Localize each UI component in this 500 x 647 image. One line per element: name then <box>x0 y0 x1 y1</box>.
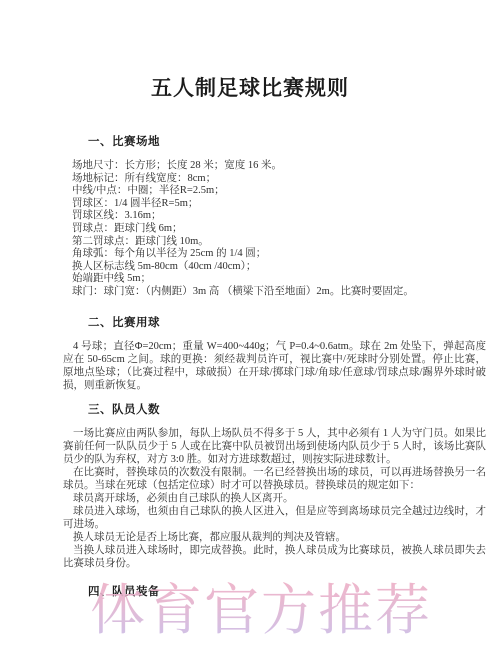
section-heading-ball: 二、比赛用球 <box>88 316 486 330</box>
field-spec-line: 中线/中点：中圈；半径R=2.5m； <box>63 185 486 198</box>
field-spec-line: 角球弧：每个角以半径为 25cm 的 1/4 圆； <box>63 248 486 261</box>
section-heading-field: 一、比赛场地 <box>88 135 486 149</box>
section-heading-equipment: 四、队员装备 <box>88 585 486 599</box>
field-spec-line: 始端距中线 5m； <box>63 273 486 286</box>
field-spec-line: 罚球区线：3.16m； <box>63 210 486 223</box>
field-spec-line: 罚球区：1/4 圆半径R=5m； <box>63 198 486 211</box>
ball-spec-paragraph: 4 号球；直径Φ=20cm；重量 W=400~440g；气 P=0.4~0.6a… <box>63 340 486 392</box>
field-spec-line: 第二罚球点：距球门线 10m。 <box>63 236 486 249</box>
document-title: 五人制足球比赛规则 <box>0 0 500 102</box>
field-spec-line: 换人区标志线 5m-80cm（40cm /40cm）； <box>63 261 486 274</box>
field-spec-line: 球门：球门宽：（内侧距）3m 高 （横梁下沿至地面）2m。比赛时要固定。 <box>63 286 486 299</box>
players-paragraph: 在比赛时，替换球员的次数没有限制。一名已经替换出场的球员，可以再进场替换另一名球… <box>63 466 486 492</box>
field-spec-line: 罚球点：距球门线 6m； <box>63 223 486 236</box>
players-paragraph: 一场比赛应由两队参加，每队上场队员不得多于 5 人，其中必须有 1 人为守门员。… <box>63 427 486 466</box>
field-spec-line: 场地尺寸：长方形；长度 28 米；宽度 16 米。 <box>63 160 486 173</box>
field-spec-line: 场地标记：所有线宽度：8cm； <box>63 173 486 186</box>
section-heading-players: 三、队员人数 <box>88 403 486 417</box>
players-paragraph: 球员离开球场，必须由自己球队的换人区离开。 <box>63 492 486 505</box>
players-paragraph: 球员进入球场，也须由自己球队的换人区进入，但是应等到离场球员完全越过边线时，才可… <box>63 505 486 531</box>
field-spec-list: 场地尺寸：长方形；长度 28 米；宽度 16 米。 场地标记：所有线宽度：8cm… <box>63 160 486 299</box>
players-paragraph: 当换人球员进入球场时，即完成替换。此时，换人球员成为比赛球员，被换人球员即失去比… <box>63 544 486 570</box>
document-body: 一、比赛场地 场地尺寸：长方形；长度 28 米；宽度 16 米。 场地标记：所有… <box>0 135 500 599</box>
players-paragraph: 换人球员无论是否上场比赛，都应服从裁判的判决及管辖。 <box>63 531 486 544</box>
